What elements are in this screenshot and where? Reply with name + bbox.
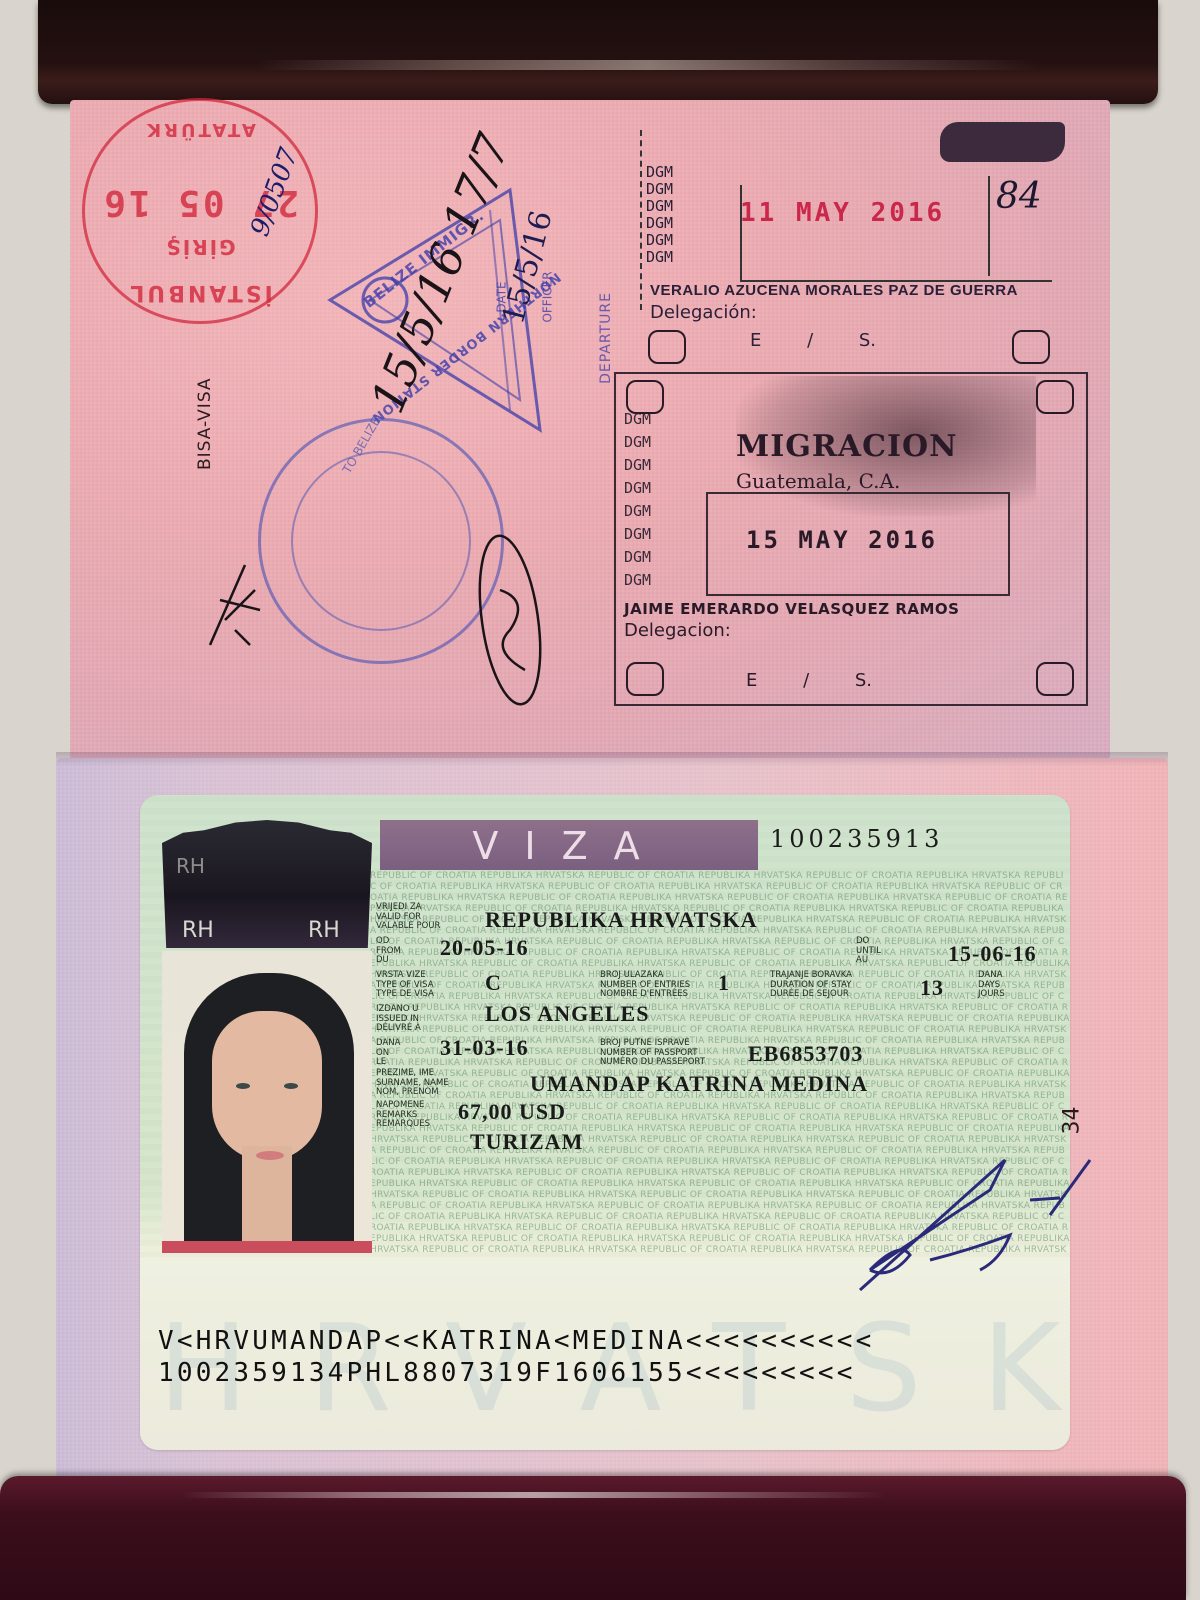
migracion-location: Guatemala, C.A. (736, 469, 900, 493)
label-passport-number: BROJ PUTNE ISPRAVE NUMBER OF PASSPORT NU… (600, 1039, 705, 1068)
passport-cover-bottom (0, 1476, 1186, 1600)
value-from: 20-05-16 (440, 935, 529, 961)
handwritten-number: 84 (988, 176, 1052, 276)
page-number: 34 (1060, 1107, 1085, 1135)
delegation-label: Delegacion: (624, 620, 731, 641)
value-name: UMANDAP KATRINA MEDINA (530, 1071, 868, 1097)
mayan-glyph-icon (626, 662, 664, 696)
mayan-glyph-icon (1012, 330, 1050, 364)
visa-number: 100235913 (770, 825, 943, 853)
label-number-of-entries: BROJ ULAZAKA NUMBER OF ENTRIES NOMBRE D'… (600, 971, 690, 1000)
label-duration-of-stay: TRAJANJE BORAVKA DURATION OF STAY DURÉE … (770, 971, 852, 1000)
delegation-label: Delegación: (650, 302, 757, 323)
label-remarks: NAPOMENE REMARKS REMARQUES (376, 1101, 430, 1130)
page-fold (56, 752, 1168, 766)
value-issued-in: LOS ANGELES (485, 1001, 649, 1027)
istanbul-ring-text: İSTANBUL (85, 280, 315, 305)
photo-neck (242, 1146, 292, 1253)
visa-hologram: RH RH RH (162, 820, 372, 948)
mayan-glyph-icon (1036, 662, 1074, 696)
label-days: DANA DAYS JOURS (978, 971, 1005, 1000)
photo-shirt (162, 1241, 372, 1253)
belize-departure-label: DEPARTURE (598, 292, 614, 384)
label-on: DANA ON LE (376, 1039, 400, 1068)
visa-title-band: VIZA (380, 820, 758, 870)
mayan-glyph-icon (626, 380, 664, 414)
officer-signature-icon (470, 520, 550, 710)
value-passport-number: EB6853703 (748, 1041, 863, 1067)
entry-exit-marks: E / S. (746, 670, 872, 691)
value-valid-for: REPUBLIKA HRVATSKA (485, 907, 758, 933)
belize-round-text: TO BELIZE (342, 416, 381, 475)
hologram-rh-text: RH (308, 918, 340, 943)
guatemala-entry-stamp: DGM DGM DGM DGM DGM DGM 11 MAY 2016 84 V… (640, 130, 1060, 370)
exit-date: 15 MAY 2016 (746, 526, 938, 554)
label-until: DO UNTIL AU (856, 937, 881, 966)
belize-round-stamp: TO BELIZE (258, 418, 504, 664)
value-type-of-visa: C (485, 970, 502, 996)
holder-photo (162, 951, 372, 1253)
passport-cover-top (38, 0, 1158, 104)
mrz-line-1: V<HRVUMANDAP<<KATRINA<MEDINA<<<<<<<<<< (158, 1326, 874, 1356)
hologram-rh-text: RH (176, 854, 205, 878)
entry-exit-marks: E / S. (750, 330, 876, 351)
exit-officer-name: JAIME EMERARDO VELASQUEZ RAMOS (624, 600, 959, 618)
consul-signature-icon (840, 1120, 1100, 1300)
visa-title: VIZA (380, 824, 758, 868)
officer-signature-icon (205, 560, 265, 650)
photo-face (212, 1011, 322, 1161)
entry-date: 11 MAY 2016 (740, 198, 945, 228)
photo-eye (236, 1083, 250, 1089)
mrz-line-2: 1002359134PHL8807319F1606155<<<<<<<<< (158, 1358, 856, 1388)
istanbul-gate-text: GİRİŞ (85, 235, 315, 259)
value-on: 31-03-16 (440, 1035, 529, 1061)
label-type-of-visa: VRSTA VIZE TYPE OF VISA TYPE DE VISA (376, 971, 434, 1000)
hologram-rh-text: RH (182, 918, 214, 943)
istanbul-ring-bottom: ATATÜRK (85, 119, 315, 140)
photo-mouth (256, 1151, 284, 1160)
mayan-glyph-icon (1036, 380, 1074, 414)
value-remarks-purpose: TURIZAM (470, 1129, 583, 1155)
migracion-title: MIGRACION (736, 429, 958, 464)
label-valid-for: VRIJEDI ZA VALID FOR VALABLE POUR (376, 903, 440, 932)
value-remarks-fee: 67,00 USD (458, 1099, 566, 1125)
entry-officer-name: VERALIO AZUCENA MORALES PAZ DE GUERRA (650, 282, 1018, 299)
value-duration-of-stay: 13 (920, 975, 944, 1001)
label-from: OD FROM DU (376, 937, 401, 966)
label-issued-in: IZDANO U ISSUED IN DÉLIVRÉ À (376, 1005, 421, 1034)
page-label-bisa-visa: BISA-VISA (195, 377, 215, 470)
value-number-of-entries: 1 (718, 970, 730, 996)
value-until: 15-06-16 (948, 941, 1037, 967)
stamp-side-letters: DGM DGM DGM DGM DGM DGM DGM DGM (624, 408, 651, 592)
guatemala-exit-stamp: DGM DGM DGM DGM DGM DGM DGM DGM MIGRACIO… (614, 372, 1088, 706)
photo-eye (284, 1083, 298, 1089)
machine-readable-zone: V<HRVUMANDAP<<KATRINA<MEDINA<<<<<<<<<< 1… (158, 1325, 874, 1389)
stamp-side-letters: DGM DGM DGM DGM DGM DGM (646, 164, 673, 266)
label-name: PREZIME, IME SURNAME, NAME NOM, PRENOM (376, 1069, 449, 1098)
mayan-glyph-icon (648, 330, 686, 364)
